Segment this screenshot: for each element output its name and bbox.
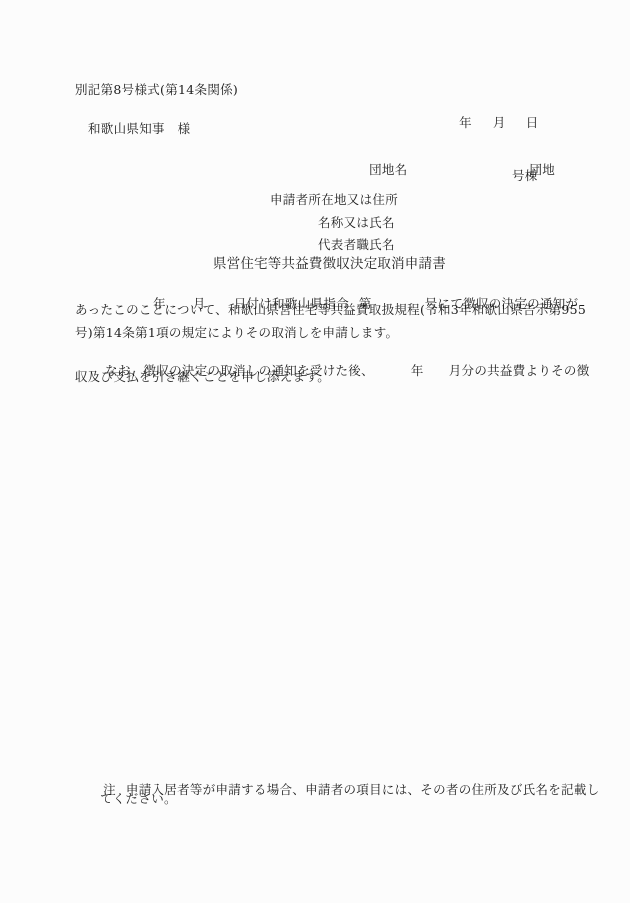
note-text-line1: 申請入居者等が申請する場合、申請者の項目には、その者の住所及び氏名を記載し xyxy=(126,782,600,797)
applicant-name-label: 名称又は氏名 xyxy=(318,215,395,231)
body-paragraph2-line2: 収及び支払を引き継ぐことを申し添えます。 xyxy=(75,369,330,385)
p2-year-label: 年 xyxy=(411,363,424,378)
building-number-label: 号棟 xyxy=(512,168,538,184)
addressee: 和歌山県知事 様 xyxy=(88,121,190,137)
applicant-address-label: 申請者所在地又は住所 xyxy=(270,192,398,208)
date-line: 年月日 xyxy=(442,99,539,146)
estate-name-label: 団地名 xyxy=(369,162,407,177)
blank-date-year xyxy=(472,126,493,127)
blank-date-month xyxy=(506,126,526,127)
document-title: 県営住宅等共益費徴収決定取消申請書 xyxy=(213,256,446,273)
form-style-label: 別記第8号様式(第14条関係) xyxy=(75,82,238,98)
blank-p2-year xyxy=(374,374,411,375)
body-paragraph1-line3: 号)第14条第1項の規定によりその取消しを申請します。 xyxy=(75,325,398,341)
blank-p2-month xyxy=(424,374,449,375)
date-month-label: 月 xyxy=(493,115,506,130)
p2-suffix: 月分の共益費よりその徴 xyxy=(449,363,590,378)
body-paragraph1-line2: あったこのことについて、和歌山県営住宅等共益費取扱規程(令和3年和歌山県告示第9… xyxy=(75,302,586,318)
date-year-label: 年 xyxy=(459,115,472,130)
note-line2: てください。 xyxy=(100,791,177,807)
representative-name-label: 代表者職氏名 xyxy=(318,237,395,253)
form-page: 別記第8号様式(第14条関係) 年月日 和歌山県知事 様 団地名団地 号棟 申請… xyxy=(0,0,630,903)
date-day-label: 日 xyxy=(526,115,539,130)
